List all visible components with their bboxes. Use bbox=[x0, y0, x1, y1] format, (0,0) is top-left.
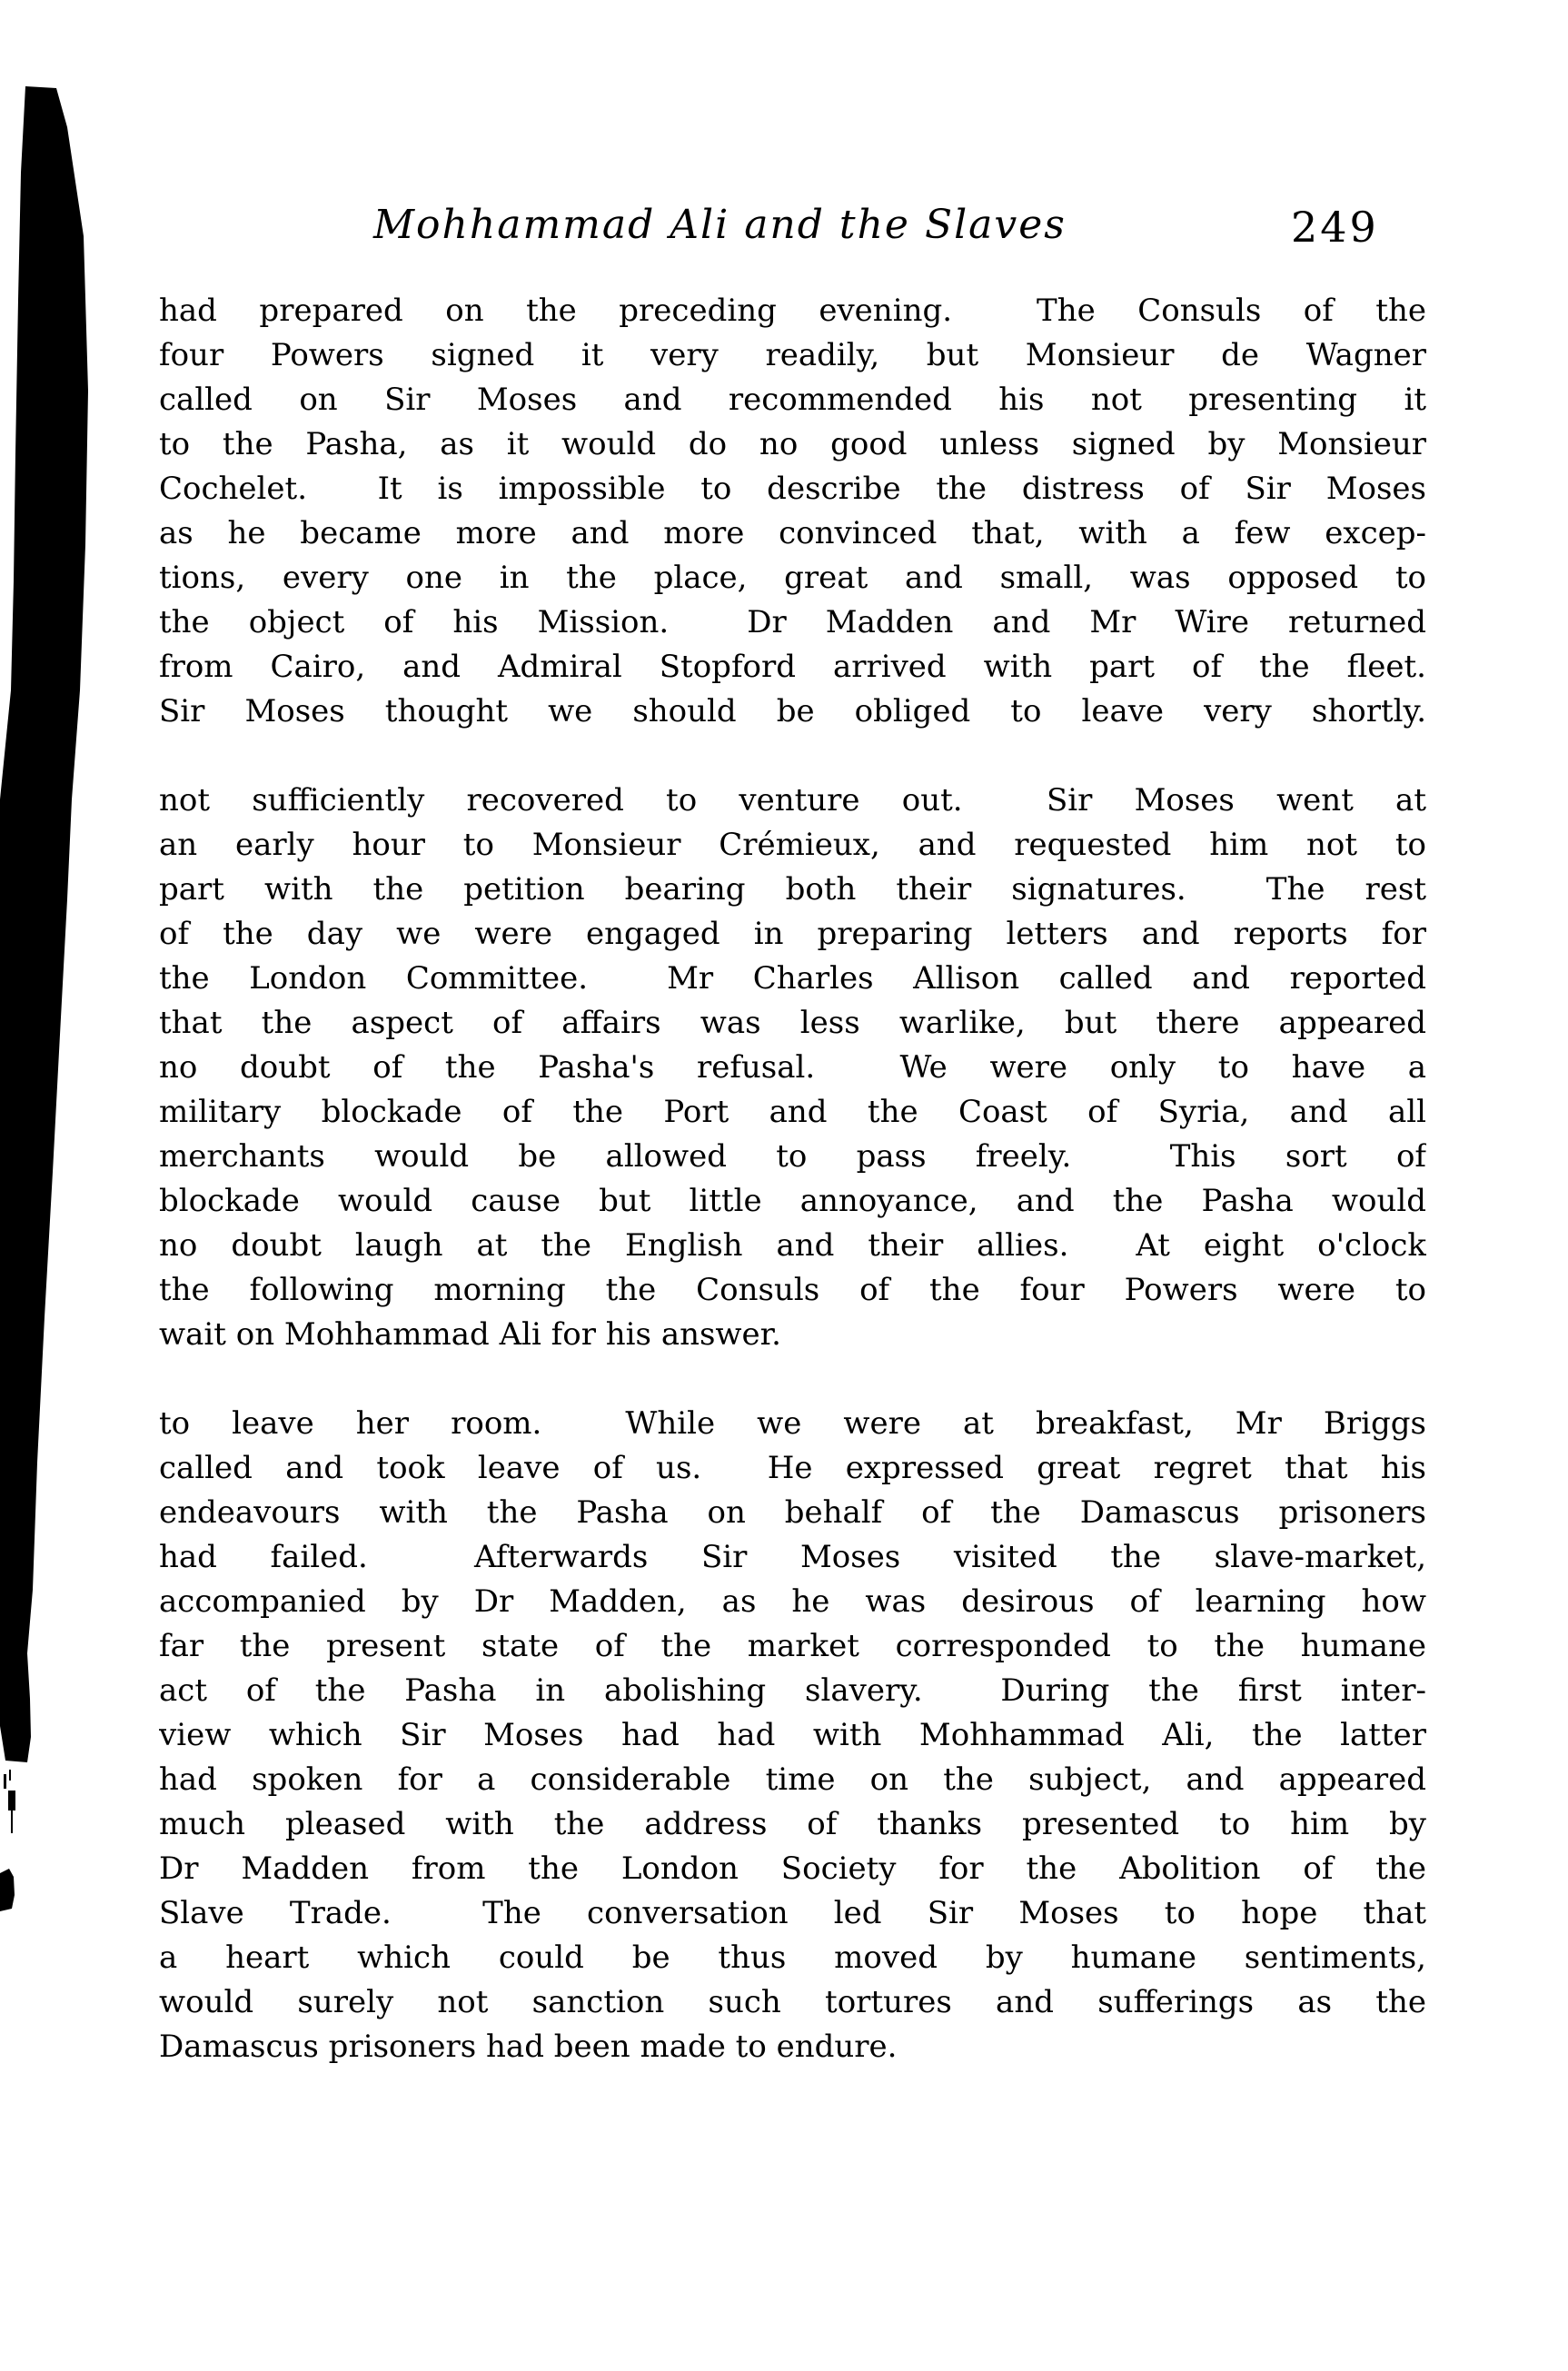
text-line: that the aspect of affairs was less warl… bbox=[159, 1001, 1426, 1046]
text-line: part with the petition bearing both thei… bbox=[159, 868, 1426, 912]
running-header: Mohhammad Ali and the Slaves 249 bbox=[159, 200, 1426, 254]
text-line: far the present state of the market corr… bbox=[159, 1624, 1426, 1669]
text-line: from Cairo, and Admiral Stopford arrived… bbox=[159, 645, 1426, 689]
text-line: no doubt of the Pasha's refusal. We were… bbox=[159, 1046, 1426, 1090]
text-line: no doubt laugh at the English and their … bbox=[159, 1224, 1426, 1268]
text-line: of the day we were engaged in preparing … bbox=[159, 912, 1426, 957]
text-line-paragraph-start: August 25th.—Lady Montefiore continued t… bbox=[159, 734, 1426, 779]
text-line: much pleased with the address of thanks … bbox=[159, 1802, 1426, 1847]
text-line: not sufficiently recovered to venture ou… bbox=[159, 779, 1426, 823]
text-line: had spoken for a considerable time on th… bbox=[159, 1758, 1426, 1802]
text-line: blockade would cause but little annoyanc… bbox=[159, 1179, 1426, 1224]
text-line-paragraph-end: Damascus prisoners had been made to endu… bbox=[159, 2025, 1426, 2069]
text-line: tions, every one in the place, great and… bbox=[159, 556, 1426, 600]
text-line: act of the Pasha in abolishing slavery. … bbox=[159, 1669, 1426, 1713]
text-line: Dr Madden from the London Society for th… bbox=[159, 1847, 1426, 1891]
text-line-paragraph-end: wait on Mohhammad Ali for his answer. bbox=[159, 1313, 1426, 1357]
text-line: the following morning the Consuls of the… bbox=[159, 1268, 1426, 1313]
text-line: the London Committee. Mr Charles Allison… bbox=[159, 957, 1426, 1001]
text-line: four Powers signed it very readily, but … bbox=[159, 333, 1426, 378]
text-line: called and took leave of us. He expresse… bbox=[159, 1446, 1426, 1491]
text-line: as he became more and more convinced tha… bbox=[159, 511, 1426, 556]
text-line: called on Sir Moses and recommended his … bbox=[159, 378, 1426, 422]
ink-blot-artifact bbox=[0, 0, 109, 2371]
text-line: endeavours with the Pasha on behalf of t… bbox=[159, 1491, 1426, 1535]
running-header-title: Mohhammad Ali and the Slaves bbox=[373, 200, 1067, 251]
text-line: the object of his Mission. Dr Madden and… bbox=[159, 600, 1426, 645]
text-line: to leave her room. While we were at brea… bbox=[159, 1402, 1426, 1446]
text-line: would surely not sanction such tortures … bbox=[159, 1980, 1426, 2025]
text-line: merchants would be allowed to pass freel… bbox=[159, 1135, 1426, 1179]
text-line: had prepared on the preceding evening. T… bbox=[159, 289, 1426, 333]
text-line: a heart which could be thus moved by hum… bbox=[159, 1936, 1426, 1980]
page-number: 249 bbox=[1291, 203, 1379, 251]
text-line: an early hour to Monsieur Crémieux, and … bbox=[159, 823, 1426, 868]
text-line: Cochelet. It is impossible to describe t… bbox=[159, 467, 1426, 511]
text-line: accompanied by Dr Madden, as he was desi… bbox=[159, 1580, 1426, 1624]
text-line: to the Pasha, as it would do no good unl… bbox=[159, 422, 1426, 467]
text-line: Sir Moses thought we should be obliged t… bbox=[159, 689, 1426, 734]
text-line: Slave Trade. The conversation led Sir Mo… bbox=[159, 1891, 1426, 1936]
text-line: view which Sir Moses had had with Mohham… bbox=[159, 1713, 1426, 1758]
text-line: had failed. Afterwards Sir Moses visited… bbox=[159, 1535, 1426, 1580]
body-text: had prepared on the preceding evening. T… bbox=[159, 289, 1426, 2069]
scanned-book-page: Mohhammad Ali and the Slaves 249 had pre… bbox=[0, 0, 1568, 2371]
text-line: military blockade of the Port and the Co… bbox=[159, 1090, 1426, 1135]
text-line-paragraph-start: August 26th.—Lady Montefiore was much be… bbox=[159, 1357, 1426, 1402]
